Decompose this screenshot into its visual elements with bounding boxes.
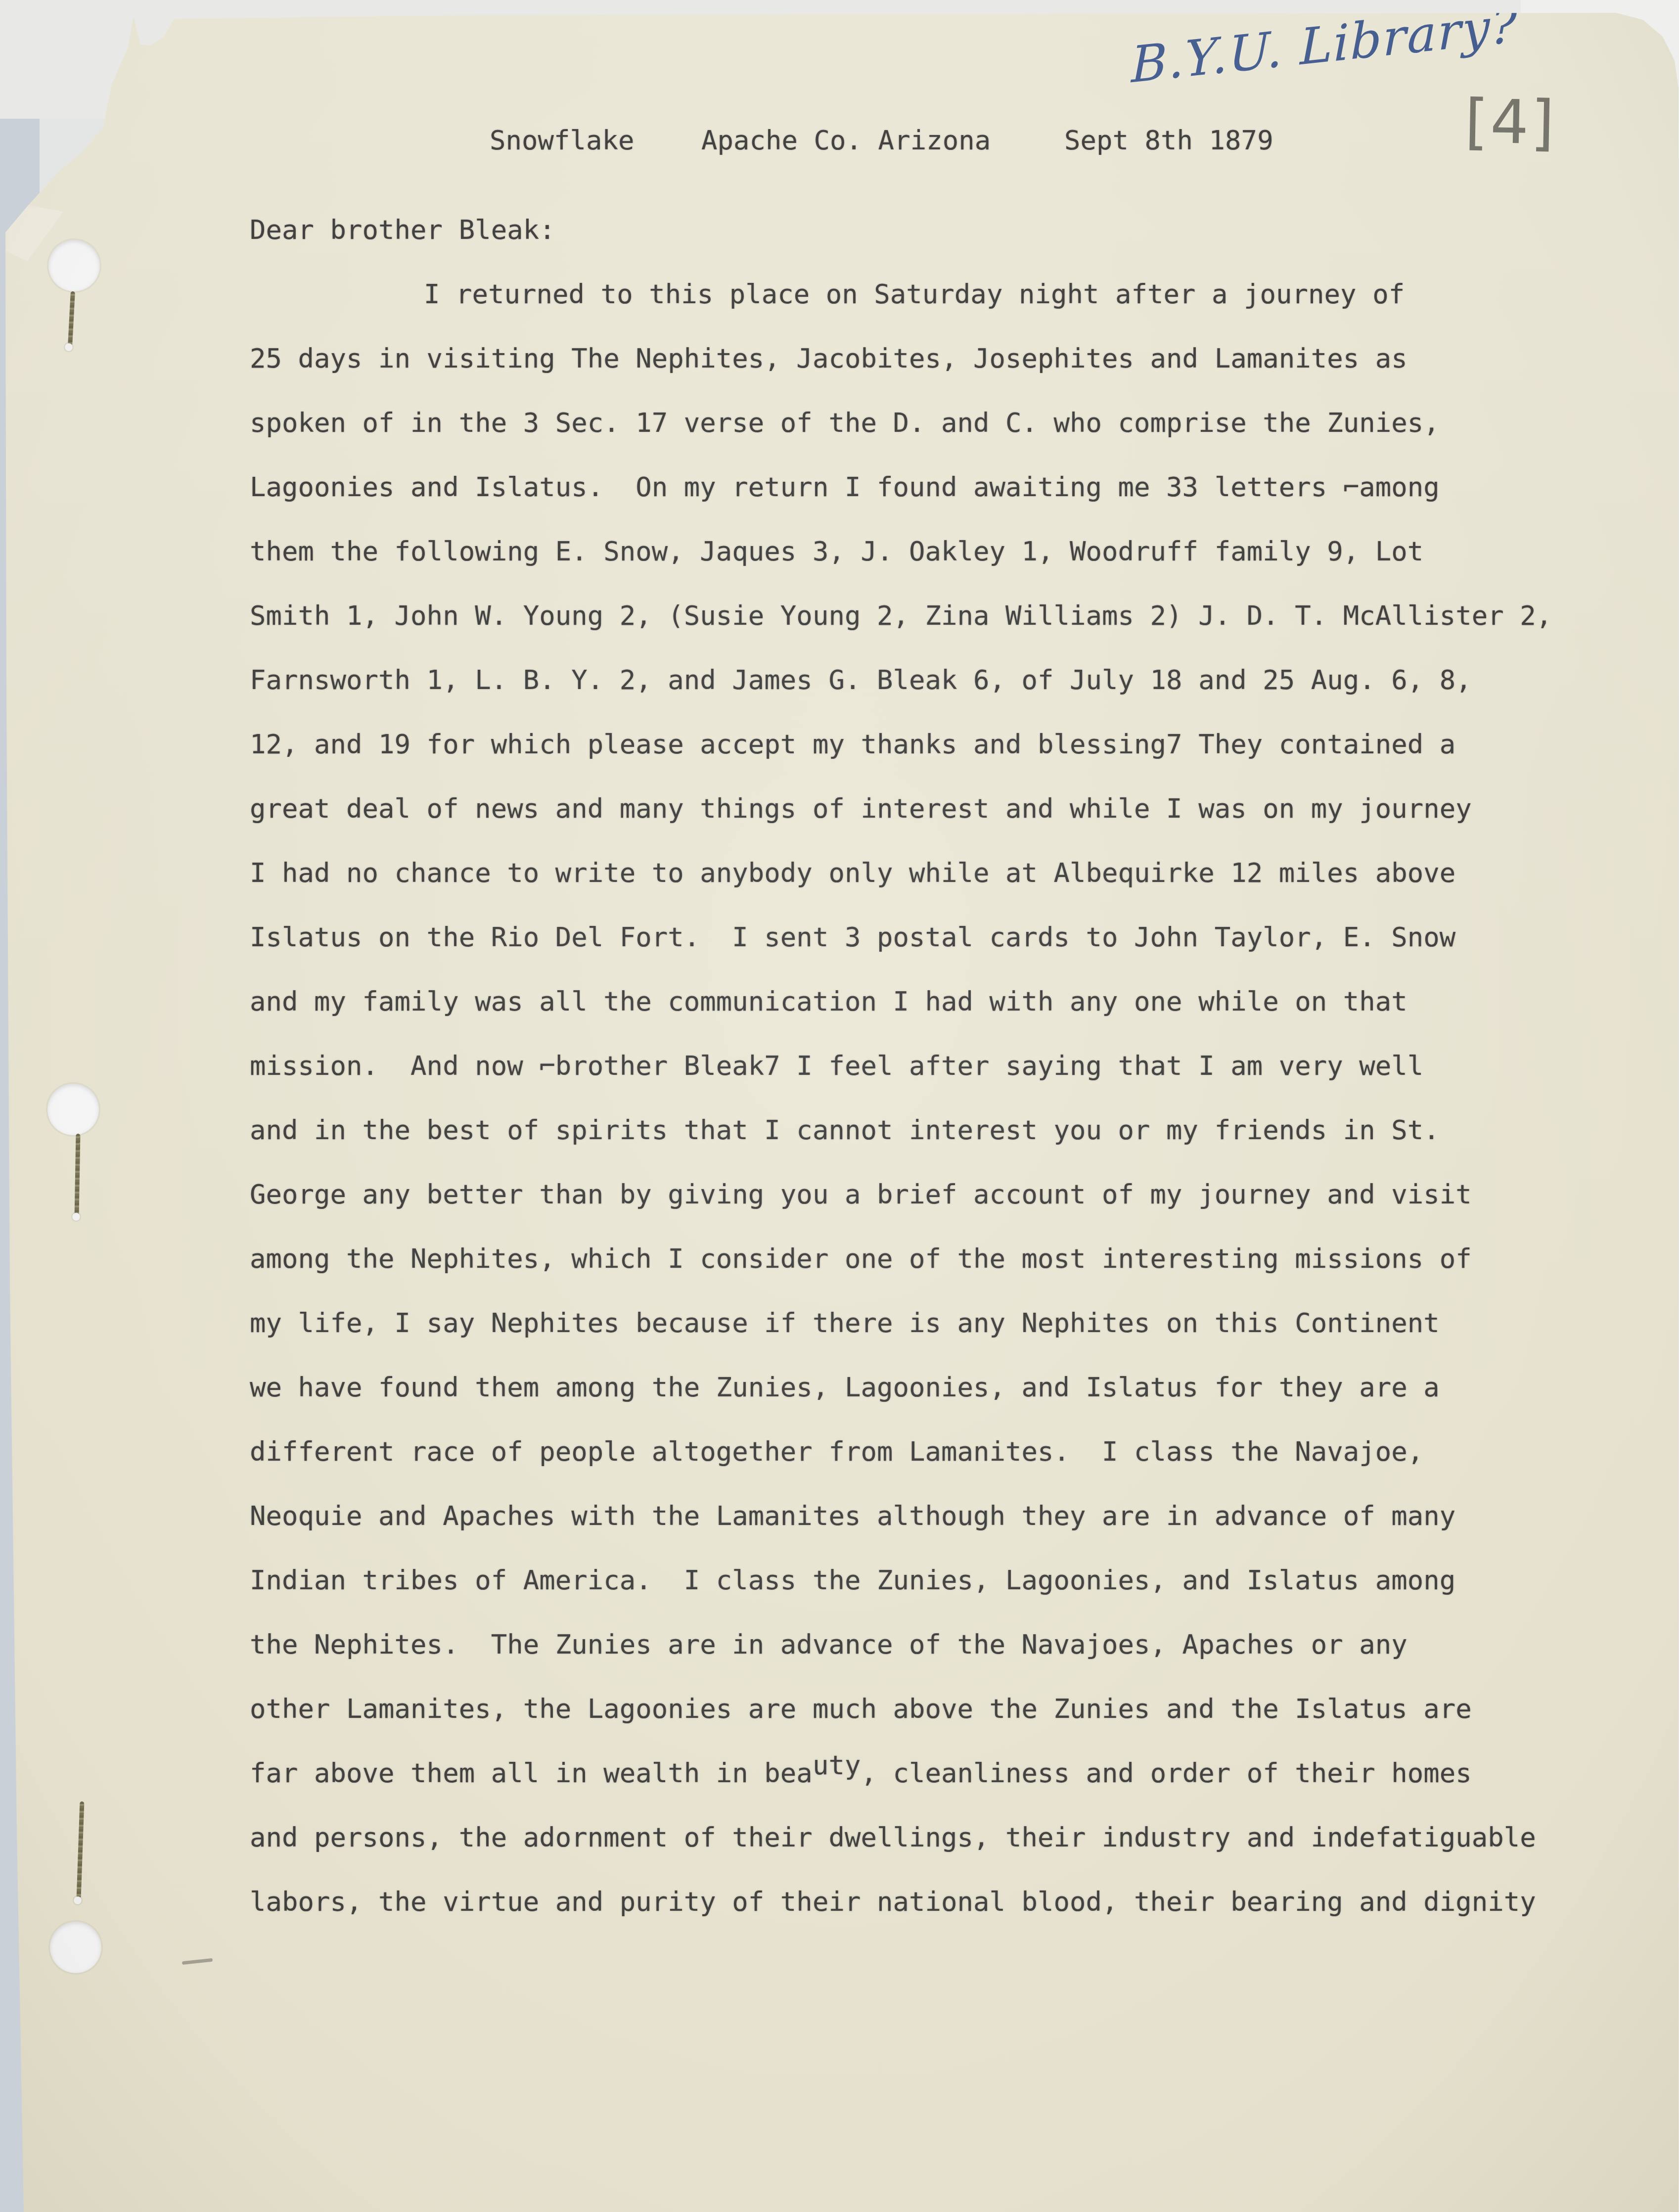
dateline: Snowflake Apache Co. Arizona Sept 8th 18… [0, 125, 1679, 159]
letter-line: different race of people altogether from… [250, 1420, 1634, 1484]
binding-thread-bottom [77, 1801, 85, 1898]
pencil-smudge [182, 1958, 213, 1965]
dateline-date: Sept 8th 1879 [1064, 125, 1273, 156]
binding-thread-top [68, 291, 75, 346]
letter-line: Islatus on the Rio Del Fort. I sent 3 po… [250, 905, 1634, 969]
letter-line: the Nephites. The Zunies are in advance … [250, 1613, 1634, 1677]
letter-line: George any better than by giving you a b… [250, 1162, 1634, 1227]
letter-line: I had no chance to write to anybody only… [250, 841, 1634, 905]
letter-line: far above them all in wealth in beauty, … [250, 1741, 1634, 1805]
letter-line: Lagoonies and Islatus. On my return I fo… [250, 455, 1634, 519]
thread-end-dot-middle [72, 1213, 80, 1221]
typed-overstrike: uty [813, 1750, 861, 1781]
letter-line: other Lamanites, the Lagoonies are much … [250, 1677, 1634, 1741]
letter-line: spoken of in the 3 Sec. 17 verse of the … [250, 391, 1634, 455]
letter-line: Dear brother Bleak: [250, 198, 1634, 262]
letter-line: 12, and 19 for which please accept my th… [250, 712, 1634, 777]
letter-line: Indian tribes of America. I class the Zu… [250, 1548, 1634, 1613]
letter-line: I returned to this place on Saturday nig… [250, 262, 1634, 326]
punch-hole-middle [47, 1084, 99, 1135]
letter-line: my life, I say Nephites because if there… [250, 1291, 1634, 1355]
letter-line: Neoquie and Apaches with the Lamanites a… [250, 1484, 1634, 1548]
letter-paper: Snowflake Apache Co. Arizona Sept 8th 18… [0, 0, 1679, 2212]
punch-hole-top [48, 240, 100, 291]
letter-line: among the Nephites, which I consider one… [250, 1227, 1634, 1291]
thread-end-dot-top [65, 343, 73, 351]
library-annotation: B.Y.U. Library? [1131, 0, 1554, 94]
letter-line: them the following E. Snow, Jaques 3, J.… [250, 519, 1634, 584]
dateline-county: Apache Co. Arizona [701, 125, 991, 156]
letter-line: and persons, the adornment of their dwel… [250, 1805, 1634, 1870]
letter-line: Farnsworth 1, L. B. Y. 2, and James G. B… [250, 648, 1634, 712]
letter-body: Dear brother Bleak:I returned to this pl… [250, 198, 1634, 1934]
binding-thread-middle [75, 1134, 81, 1217]
letter-line: 25 days in visiting The Nephites, Jacobi… [250, 326, 1634, 391]
letter-line: mission. And now ⌐brother Bleak7 I feel … [250, 1034, 1634, 1098]
letter-line: and in the best of spirits that I cannot… [250, 1098, 1634, 1162]
letter-line: and my family was all the communication … [250, 969, 1634, 1034]
letter-line: labors, the virtue and purity of their n… [250, 1870, 1634, 1934]
letter-line: we have found them among the Zunies, Lag… [250, 1355, 1634, 1420]
letter-line: Smith 1, John W. Young 2, (Susie Young 2… [250, 584, 1634, 648]
dateline-place: Snowflake [490, 125, 635, 156]
letter-line: great deal of news and many things of in… [250, 777, 1634, 841]
punch-hole-bottom [50, 1922, 101, 1973]
page-number-annotation: [4] [1464, 86, 1557, 158]
scanned-page: Snowflake Apache Co. Arizona Sept 8th 18… [0, 0, 1679, 2212]
thread-end-dot-bottom [74, 1896, 82, 1904]
